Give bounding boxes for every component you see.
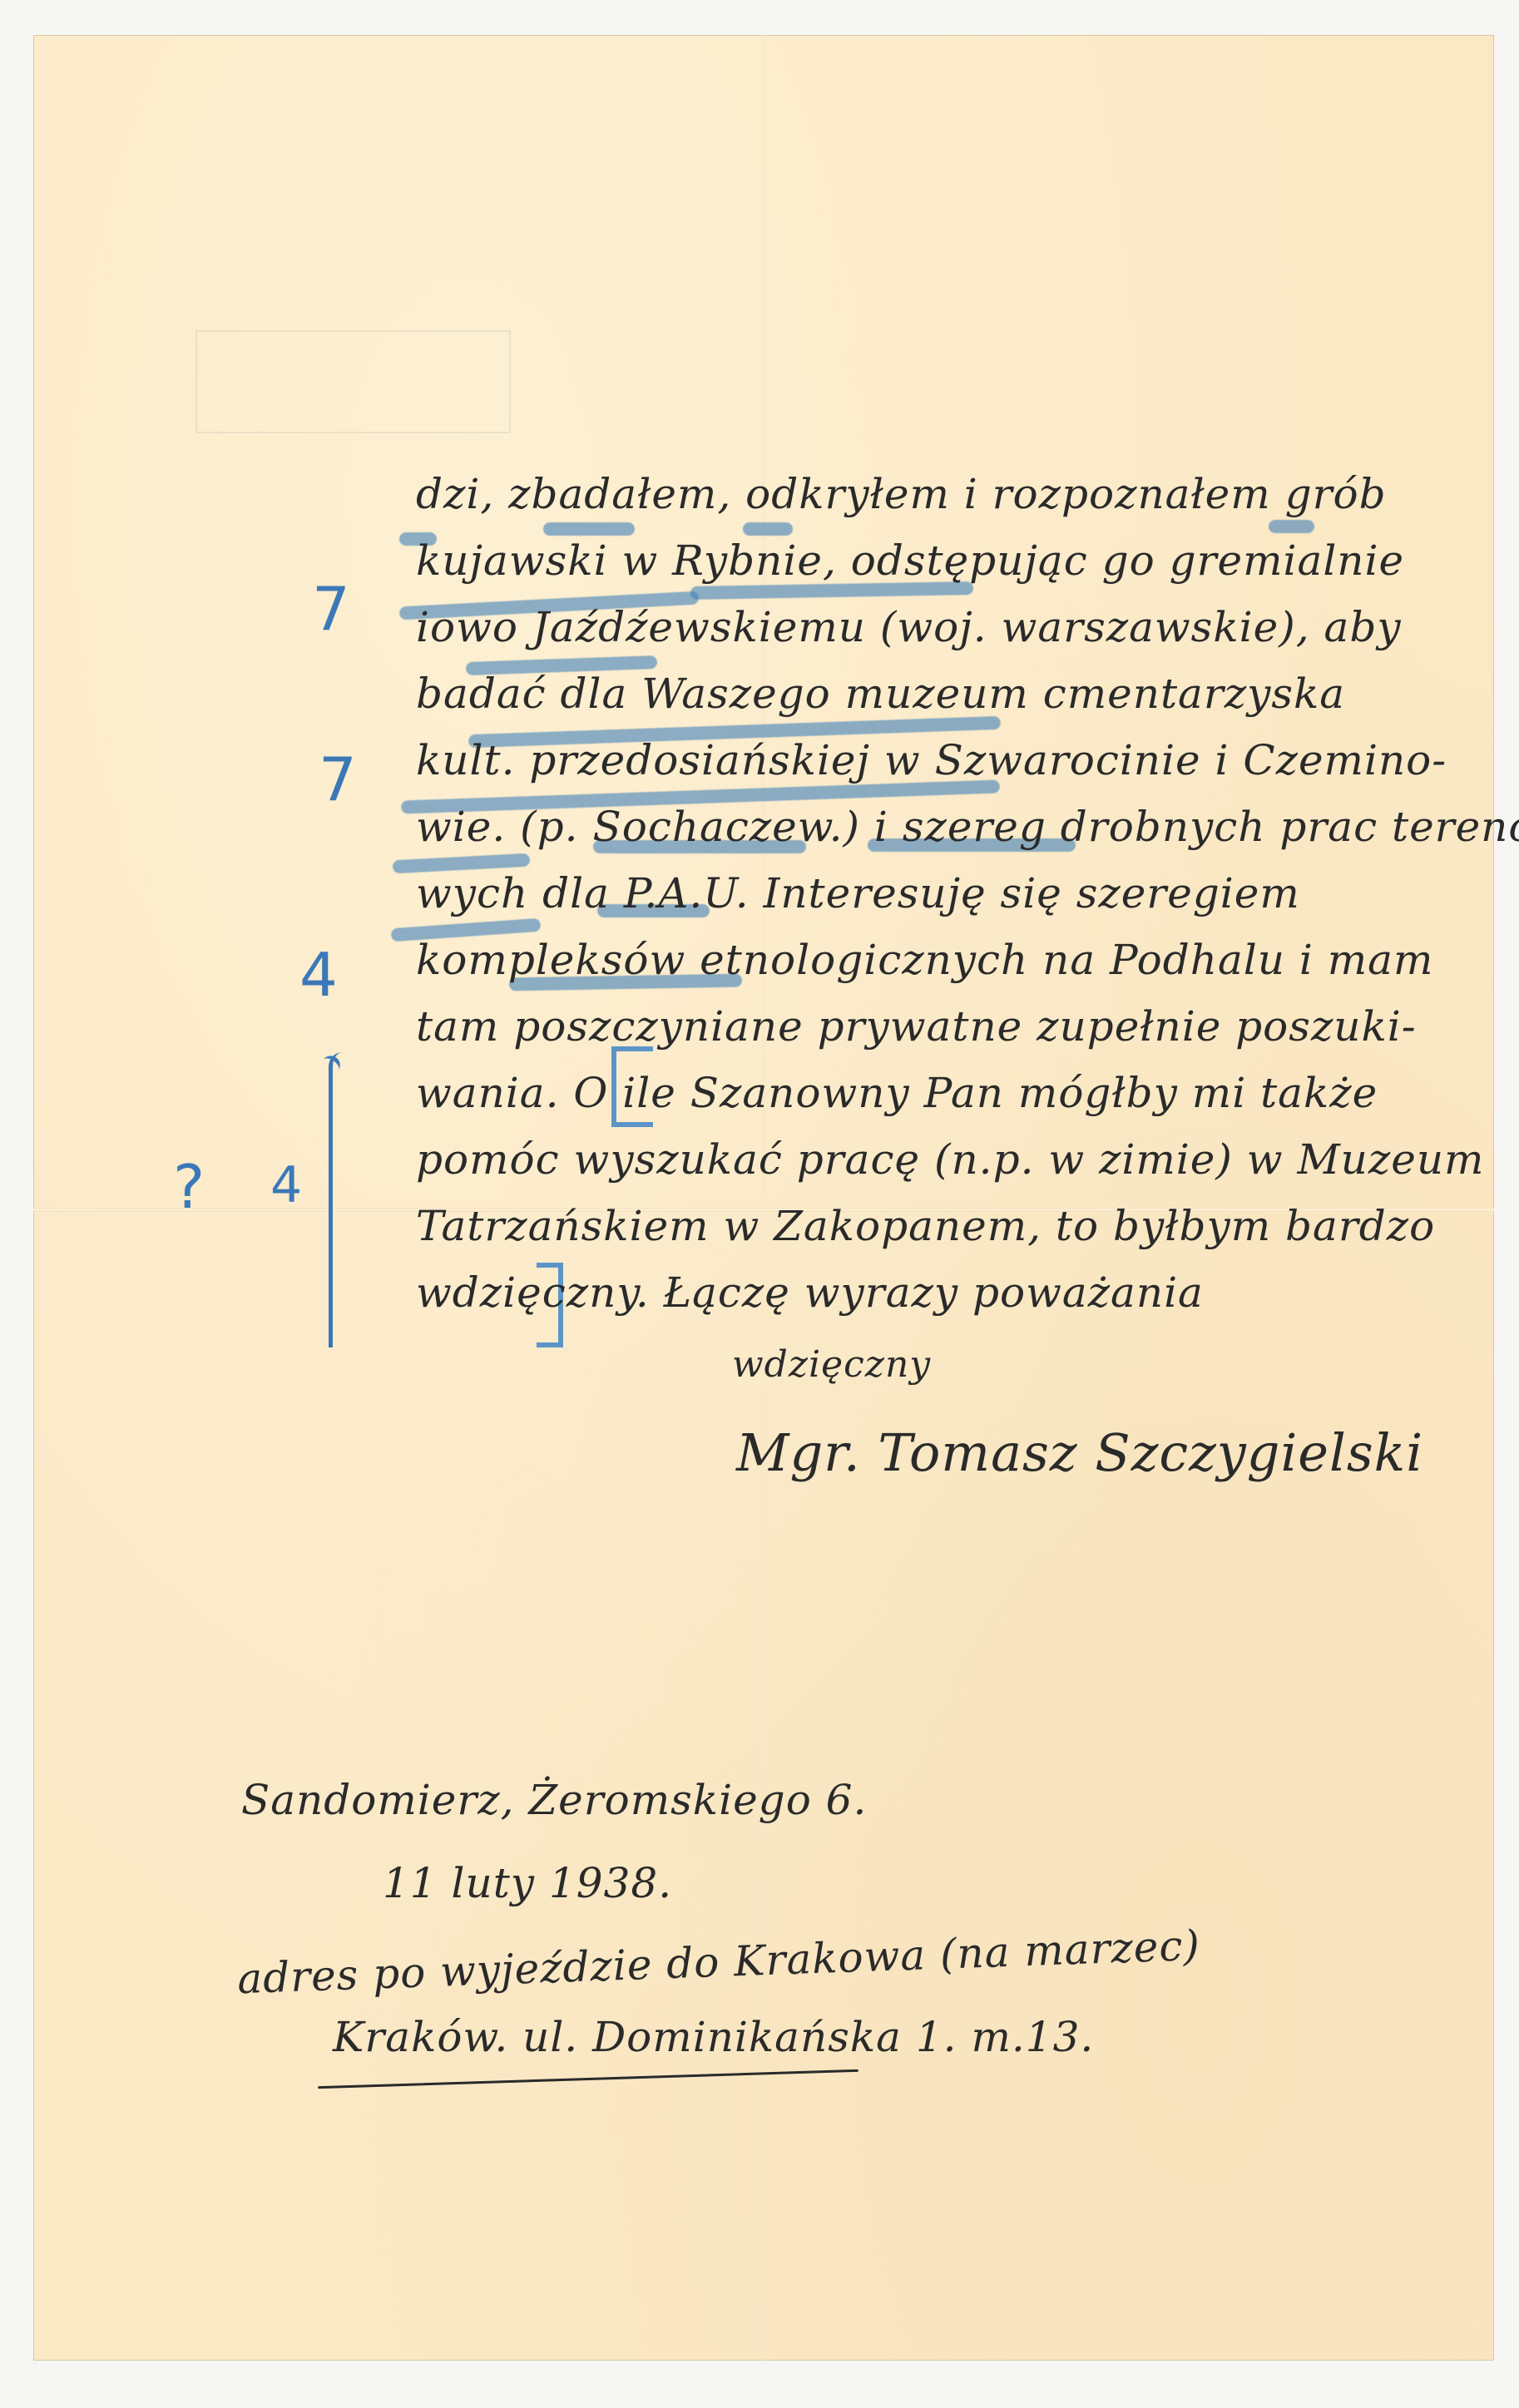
signature: Mgr. Tomasz Szczygielski xyxy=(736,1422,1423,1483)
blue-underline xyxy=(1269,520,1314,533)
show-through-stamp xyxy=(195,330,511,433)
letter-line: kujawski w Rybnie, odstępując go gremial… xyxy=(416,536,1404,585)
margin-annotation: 7 xyxy=(312,574,350,644)
letter-line: Tatrzańskiem w Zakopanem, to byłbym bard… xyxy=(416,1202,1435,1250)
blue-underline xyxy=(743,522,793,536)
margin-annotation: 4 xyxy=(270,1156,302,1214)
letter-line: kult. przedosiańskiej w Szwarocinie i Cz… xyxy=(416,736,1447,784)
letter-line: dzi, zbadałem, odkryłem i rozpoznałem gr… xyxy=(416,470,1387,518)
margin-annotation: 4 xyxy=(299,940,338,1010)
vertical-fold-crease xyxy=(762,35,764,2361)
sender-address: Sandomierz, Żeromskiego 6. xyxy=(241,1776,867,1824)
letter-page xyxy=(33,35,1494,2361)
margin-annotation: 7 xyxy=(319,744,357,814)
closing: wdzięczny xyxy=(732,1343,931,1386)
margin-annotation: ? xyxy=(173,1152,205,1222)
margin-bracket-mark xyxy=(329,1052,343,1347)
letter-line: wych dla P.A.U. Interesuję się szeregiem xyxy=(416,869,1300,917)
letter-date: 11 luty 1938. xyxy=(383,1859,672,1907)
letter-line: wania. O ile Szanowny Pan mógłby mi takż… xyxy=(416,1069,1378,1117)
letter-line: iowo Jaźdźewskiemu (woj. warszawskie), a… xyxy=(416,603,1402,651)
letter-line: kompleksów etnologicznych na Podhalu i m… xyxy=(416,936,1433,984)
letter-line: tam poszczyniane prywatne zupełnie poszu… xyxy=(416,1002,1417,1051)
blue-underline xyxy=(543,522,635,536)
forwarding-address: Kraków. ul. Dominikańska 1. m.13. xyxy=(333,2013,1094,2061)
letter-line: badać dla Waszego muzeum cmentarzyska xyxy=(416,670,1345,718)
letter-line: pomóc wyszukać pracę (n.p. w zimie) w Mu… xyxy=(416,1135,1484,1184)
letter-line: wie. (p. Sochaczew.) i szereg drobnych p… xyxy=(416,803,1519,851)
letter-line: wdzięczny. Łączę wyrazy poważania xyxy=(416,1268,1204,1317)
show-through-text xyxy=(283,101,293,138)
